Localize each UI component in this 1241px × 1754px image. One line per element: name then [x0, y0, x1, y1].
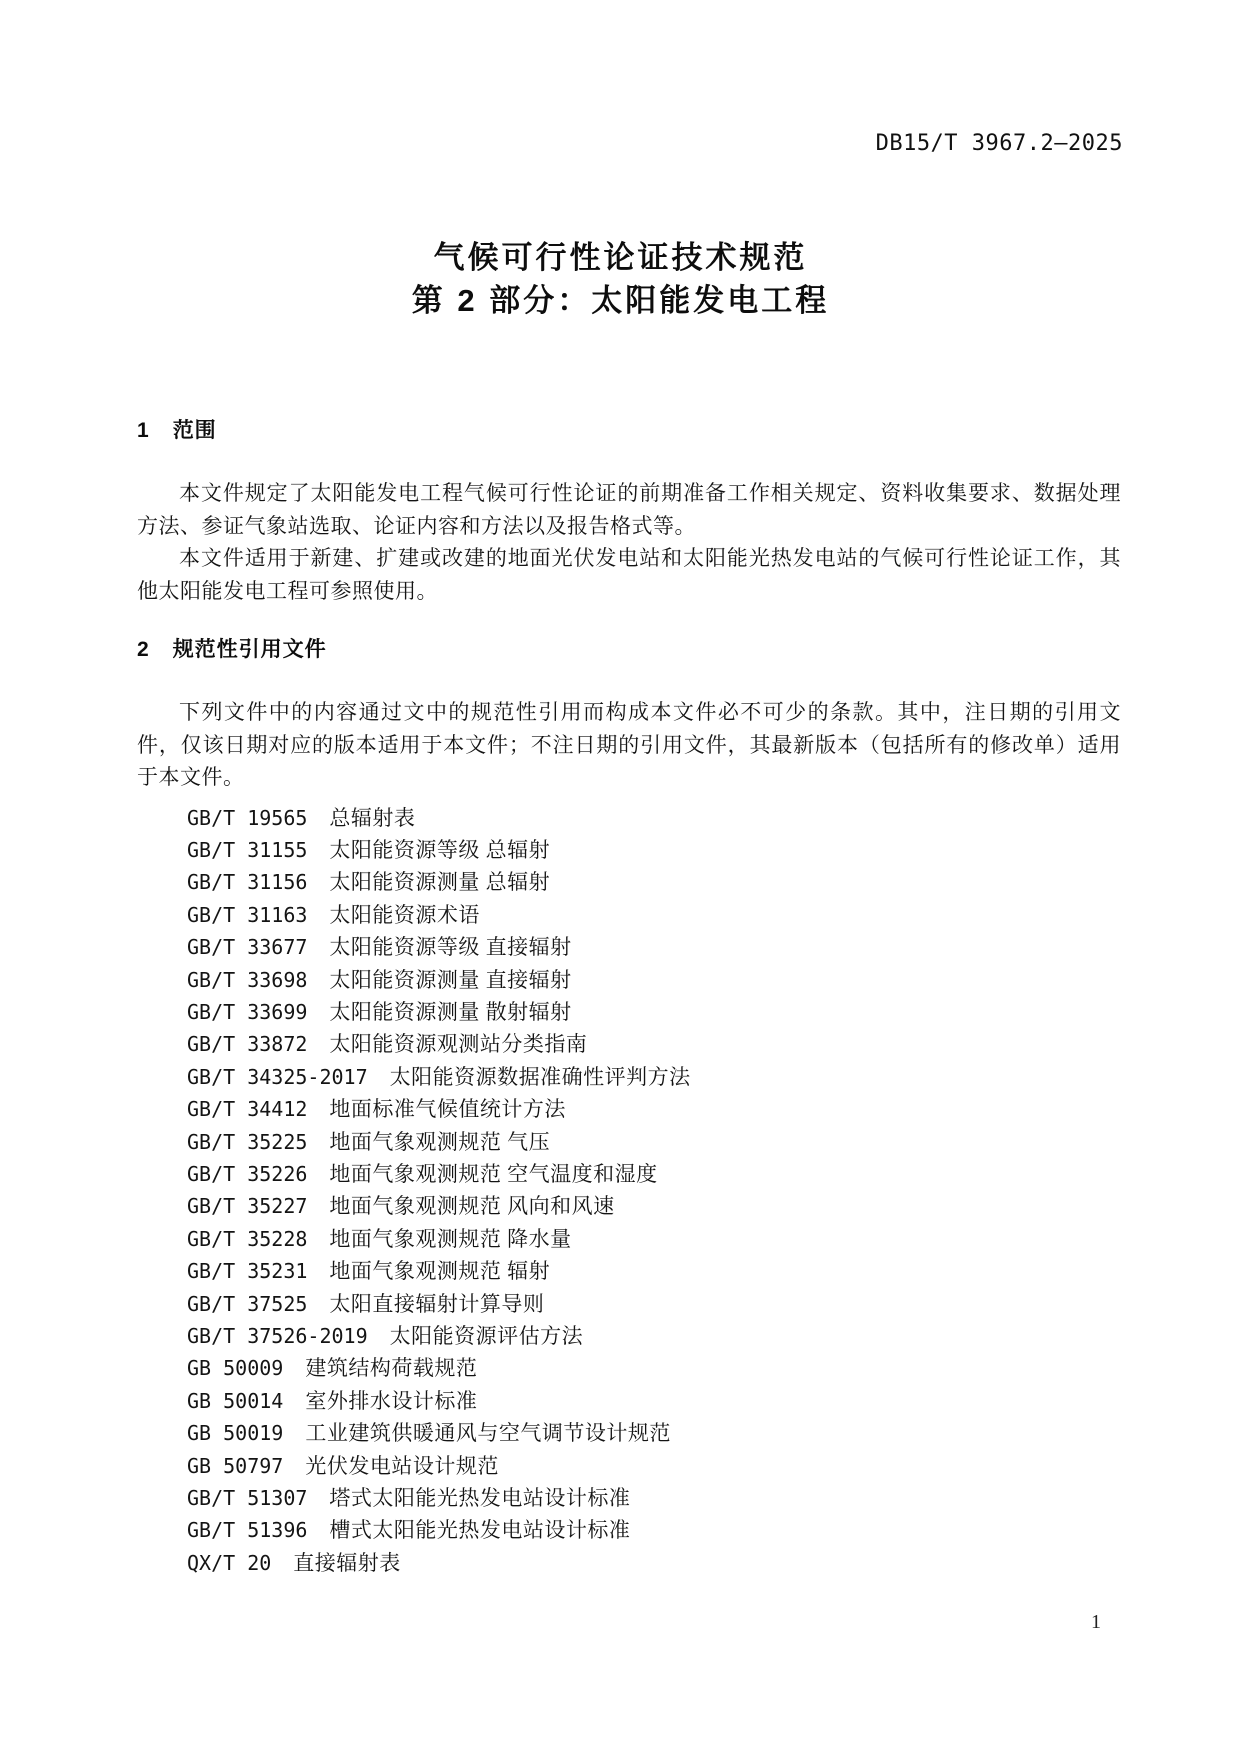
reference-title: 地面气象观测规范 风向和风速 — [329, 1194, 614, 1218]
reference-item: GB/T 35228地面气象观测规范 降水量 — [187, 1223, 1121, 1255]
reference-code: GB 50014 — [187, 1389, 283, 1413]
reference-code: GB/T 35225 — [187, 1130, 307, 1154]
reference-code: GB/T 34325-2017 — [187, 1065, 368, 1089]
document-title: 气候可行性论证技术规范 第 2 部分：太阳能发电工程 — [0, 236, 1241, 322]
reference-item: GB/T 33872太阳能资源观测站分类指南 — [187, 1028, 1121, 1060]
reference-code: GB/T 31163 — [187, 903, 307, 927]
section-1-number: 1 — [137, 418, 149, 444]
reference-code: GB/T 51396 — [187, 1518, 307, 1542]
reference-item: GB/T 33699太阳能资源测量 散射辐射 — [187, 996, 1121, 1028]
reference-code: GB/T 51307 — [187, 1486, 307, 1510]
reference-item: GB 50009建筑结构荷载规范 — [187, 1352, 1121, 1384]
reference-item: GB/T 31163太阳能资源术语 — [187, 899, 1121, 931]
section-2-title: 规范性引用文件 — [173, 638, 327, 661]
reference-list: GB/T 19565总辐射表GB/T 31155太阳能资源等级 总辐射GB/T … — [137, 802, 1121, 1580]
reference-title: 塔式太阳能光热发电站设计标准 — [329, 1486, 630, 1510]
reference-item: QX/T 20直接辐射表 — [187, 1547, 1121, 1579]
reference-item: GB/T 34325-2017太阳能资源数据准确性评判方法 — [187, 1061, 1121, 1093]
reference-item: GB/T 19565总辐射表 — [187, 802, 1121, 834]
reference-title: 太阳直接辐射计算导则 — [329, 1292, 544, 1316]
reference-item: GB 50014室外排水设计标准 — [187, 1385, 1121, 1417]
reference-title: 地面气象观测规范 空气温度和湿度 — [329, 1162, 657, 1186]
reference-code: GB 50009 — [187, 1356, 283, 1380]
reference-item: GB/T 35227地面气象观测规范 风向和风速 — [187, 1190, 1121, 1222]
reference-title: 太阳能资源测量 总辐射 — [329, 870, 550, 894]
reference-code: GB/T 33699 — [187, 1000, 307, 1024]
reference-code: GB/T 31155 — [187, 838, 307, 862]
document-page: DB15/T 3967.2—2025 气候可行性论证技术规范 第 2 部分：太阳… — [0, 0, 1241, 1754]
reference-code: GB/T 37526-2019 — [187, 1324, 368, 1348]
reference-item: GB/T 51307塔式太阳能光热发电站设计标准 — [187, 1482, 1121, 1514]
reference-title: 槽式太阳能光热发电站设计标准 — [329, 1518, 630, 1542]
section-1-heading: 1范围 — [137, 418, 1121, 444]
scope-paragraph-1: 本文件规定了太阳能发电工程气候可行性论证的前期准备工作相关规定、资料收集要求、数… — [137, 477, 1121, 542]
scope-paragraph-2: 本文件适用于新建、扩建或改建的地面光伏发电站和太阳能光热发电站的气候可行性论证工… — [137, 542, 1121, 607]
page-number: 1 — [1091, 1611, 1101, 1634]
document-body: 1范围 本文件规定了太阳能发电工程气候可行性论证的前期准备工作相关规定、资料收集… — [137, 418, 1121, 1579]
section-2-heading: 2规范性引用文件 — [137, 637, 1121, 663]
reference-title: 太阳能资源评估方法 — [390, 1324, 584, 1348]
reference-item: GB/T 37525太阳直接辐射计算导则 — [187, 1288, 1121, 1320]
reference-code: GB/T 35228 — [187, 1227, 307, 1251]
title-line-1: 气候可行性论证技术规范 — [0, 236, 1241, 279]
reference-item: GB/T 33698太阳能资源测量 直接辐射 — [187, 964, 1121, 996]
reference-code: GB/T 35226 — [187, 1162, 307, 1186]
reference-title: 地面气象观测规范 气压 — [329, 1130, 550, 1154]
reference-code: GB 50797 — [187, 1454, 283, 1478]
reference-title: 太阳能资源等级 直接辐射 — [329, 935, 571, 959]
reference-code: GB/T 37525 — [187, 1292, 307, 1316]
reference-title: 太阳能资源测量 直接辐射 — [329, 968, 571, 992]
reference-title: 光伏发电站设计规范 — [305, 1454, 499, 1478]
reference-title: 太阳能资源数据准确性评判方法 — [390, 1065, 691, 1089]
reference-title: 总辐射表 — [329, 806, 415, 830]
reference-title: 室外排水设计标准 — [305, 1389, 477, 1413]
reference-item: GB 50797光伏发电站设计规范 — [187, 1450, 1121, 1482]
title-line-2: 第 2 部分：太阳能发电工程 — [0, 279, 1241, 322]
reference-item: GB/T 35226地面气象观测规范 空气温度和湿度 — [187, 1158, 1121, 1190]
reference-item: GB 50019工业建筑供暖通风与空气调节设计规范 — [187, 1417, 1121, 1449]
reference-title: 工业建筑供暖通风与空气调节设计规范 — [305, 1421, 671, 1445]
reference-title: 地面气象观测规范 降水量 — [329, 1227, 571, 1251]
reference-title: 地面标准气候值统计方法 — [329, 1097, 566, 1121]
reference-item: GB/T 37526-2019太阳能资源评估方法 — [187, 1320, 1121, 1352]
section-1-title: 范围 — [173, 419, 217, 442]
reference-title: 直接辐射表 — [293, 1551, 401, 1575]
reference-item: GB/T 51396槽式太阳能光热发电站设计标准 — [187, 1514, 1121, 1546]
doc-number: DB15/T 3967.2—2025 — [876, 131, 1123, 156]
reference-code: GB/T 35231 — [187, 1259, 307, 1283]
reference-code: GB 50019 — [187, 1421, 283, 1445]
reference-code: GB/T 35227 — [187, 1194, 307, 1218]
reference-item: GB/T 31155太阳能资源等级 总辐射 — [187, 834, 1121, 866]
reference-code: GB/T 33872 — [187, 1032, 307, 1056]
reference-item: GB/T 33677太阳能资源等级 直接辐射 — [187, 931, 1121, 963]
reference-code: GB/T 33677 — [187, 935, 307, 959]
references-intro: 下列文件中的内容通过文中的规范性引用而构成本文件必不可少的条款。其中，注日期的引… — [137, 696, 1121, 794]
reference-title: 建筑结构荷载规范 — [305, 1356, 477, 1380]
reference-item: GB/T 35231地面气象观测规范 辐射 — [187, 1255, 1121, 1287]
reference-code: GB/T 34412 — [187, 1097, 307, 1121]
reference-code: GB/T 33698 — [187, 968, 307, 992]
reference-title: 太阳能资源等级 总辐射 — [329, 838, 550, 862]
reference-code: GB/T 31156 — [187, 870, 307, 894]
reference-code: GB/T 19565 — [187, 806, 307, 830]
reference-code: QX/T 20 — [187, 1551, 271, 1575]
reference-title: 太阳能资源观测站分类指南 — [329, 1032, 587, 1056]
reference-item: GB/T 35225地面气象观测规范 气压 — [187, 1126, 1121, 1158]
reference-item: GB/T 31156太阳能资源测量 总辐射 — [187, 866, 1121, 898]
reference-item: GB/T 34412地面标准气候值统计方法 — [187, 1093, 1121, 1125]
reference-title: 太阳能资源术语 — [329, 903, 480, 927]
reference-title: 地面气象观测规范 辐射 — [329, 1259, 550, 1283]
reference-title: 太阳能资源测量 散射辐射 — [329, 1000, 571, 1024]
section-2-number: 2 — [137, 637, 149, 663]
